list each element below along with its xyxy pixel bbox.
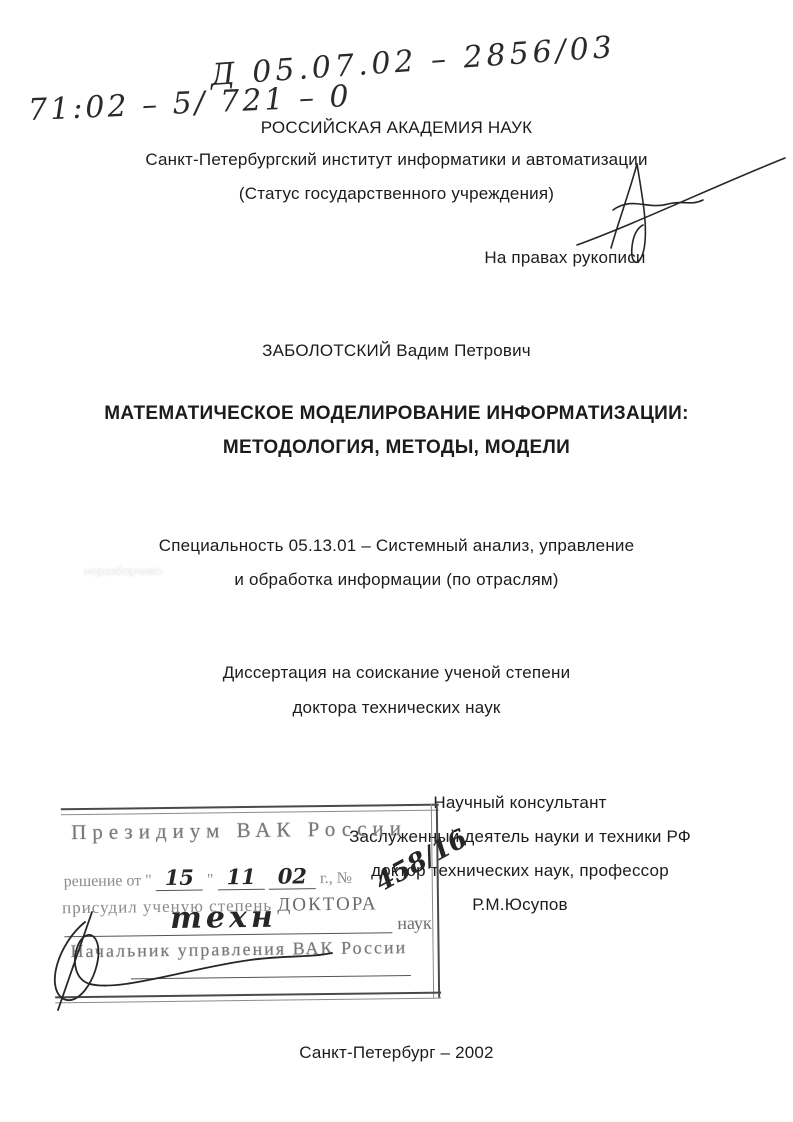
stamp-decision-suffix: г., №	[320, 870, 352, 887]
stamp-decision-line: решение от " 15 " 11 02 г., №	[64, 863, 353, 892]
specialty-line1: Специальность 05.13.01 – Системный анали…	[0, 536, 793, 556]
stamp-field-suffix: наук	[397, 913, 432, 934]
dissertation-title-line1: МАТЕМАТИЧЕСКОЕ МОДЕЛИРОВАНИЕ ИНФОРМАТИЗА…	[0, 403, 793, 425]
stamp-year-handwritten: 02	[269, 863, 317, 890]
dissertation-title-line2: МЕТОДОЛОГИЯ, МЕТОДЫ, МОДЕЛИ	[0, 437, 793, 459]
signature-stroke-icon	[575, 148, 790, 278]
thesis-type-line2: доктора технических наук	[0, 698, 793, 718]
signature-flourish-icon	[40, 908, 360, 1013]
stamp-org-name: Президиум ВАК России	[71, 816, 407, 845]
stamp-border-top	[61, 804, 439, 816]
approval-signature	[575, 148, 790, 278]
stamp-day-handwritten: 15	[156, 865, 204, 892]
academy-name: РОССИЙСКАЯ АКАДЕМИЯ НАУК	[0, 118, 793, 138]
official-signature	[40, 908, 360, 1013]
thesis-type-line1: Диссертация на соискание ученой степени	[0, 663, 793, 683]
stamp-month-handwritten: 11	[217, 864, 265, 891]
stamp-decision-prefix: решение от "	[64, 872, 152, 890]
dissertation-title-page: Д 05.07.02 – 2856/03 71:02 – 5/ 721 – 0 …	[0, 0, 793, 1122]
stamp-quote: "	[207, 871, 214, 888]
erased-text-smudge: неразборчиво	[84, 564, 184, 579]
author-name: ЗАБОЛОТСКИЙ Вадим Петрович	[0, 341, 793, 361]
city-year: Санкт-Петербург – 2002	[0, 1043, 793, 1063]
